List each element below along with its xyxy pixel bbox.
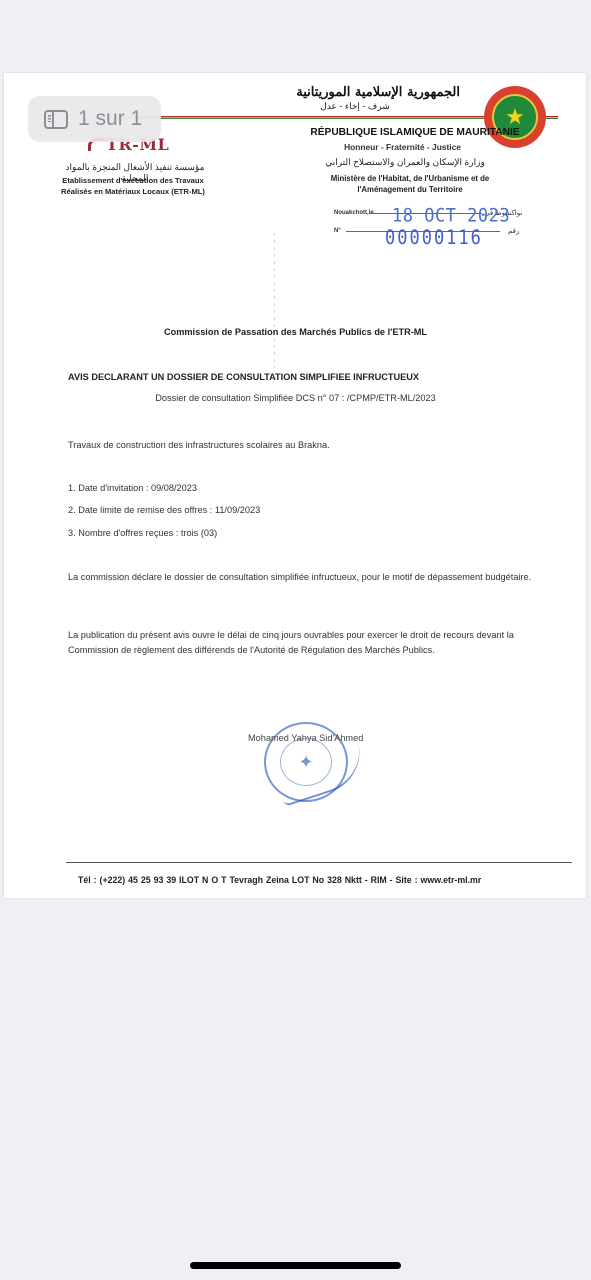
signatory-name: Mohamed Yahya Sid'Ahmed	[248, 733, 363, 743]
date-stamp: 18 OCT 2023	[392, 205, 510, 227]
republic-name-arabic: الجمهورية الإسلامية الموريتانية	[280, 85, 460, 100]
decision-paragraph: La commission déclare le dossier de cons…	[68, 570, 538, 585]
national-emblem-icon: ★	[484, 86, 546, 148]
ministry-french: Ministère de l'Habitat, de l'Urbanisme e…	[320, 173, 500, 195]
motto-arabic: شرف - إخاء - عدل	[300, 101, 410, 112]
number-stamp: 00000116	[385, 227, 483, 250]
works-description: Travaux de construction des infrastructu…	[68, 440, 330, 450]
republic-name-french: RÉPUBLIQUE ISLAMIQUE DE MAURITANIE	[270, 127, 560, 138]
dossier-reference: Dossier de consultation Simplifiée DCS n…	[0, 393, 591, 403]
fold-mark	[274, 233, 275, 368]
sidebar-icon[interactable]	[44, 110, 68, 129]
number-label-arabic: رقم	[508, 227, 519, 235]
page-indicator-label: 1 sur 1	[78, 107, 142, 131]
motto-french: Honneur - Fraternité - Justice	[270, 142, 535, 152]
list-item: 1. Date d'invitation : 09/08/2023	[68, 483, 197, 493]
list-item: 3. Nombre d'offres reçues : trois (03)	[68, 528, 217, 538]
footer-contact: Tél : (+222) 45 25 93 39 ILOT N O T Tevr…	[78, 875, 481, 885]
list-item: 2. Date limite de remise des offres : 11…	[68, 505, 260, 515]
home-indicator[interactable]	[190, 1262, 401, 1269]
footer-divider	[66, 862, 572, 863]
notice-title: AVIS DECLARANT UN DOSSIER DE CONSULTATIO…	[68, 372, 419, 382]
org-name-french: Etablissement d'exécution des Travaux Ré…	[48, 176, 218, 197]
commission-heading: Commission de Passation des Marchés Publ…	[0, 327, 591, 337]
ministry-arabic: وزارة الإسكان والعمران والاستصلاح التراب…	[300, 157, 510, 168]
page-indicator[interactable]: 1 sur 1	[28, 96, 161, 142]
appeal-paragraph: La publication du présent avis ouvre le …	[68, 628, 546, 658]
